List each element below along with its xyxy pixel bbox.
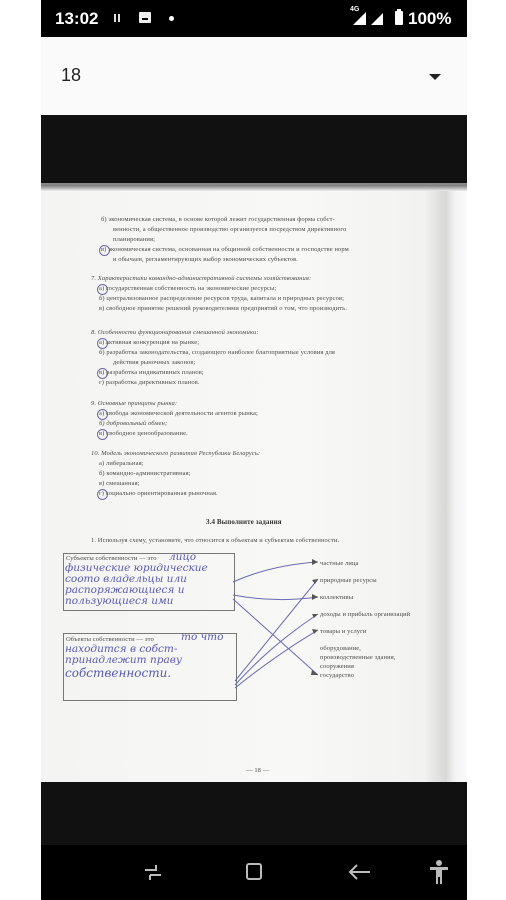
notification-dot-icon [169, 16, 174, 21]
battery-icon [395, 11, 403, 25]
viewer-toolbar: 18 [41, 37, 467, 115]
signal-icon [371, 13, 383, 25]
document-page[interactable]: б) экономическая система, в основе котор… [41, 183, 467, 782]
page-number-footer: — 18 — [246, 767, 269, 774]
image-icon [139, 12, 151, 23]
pause-icon [114, 14, 121, 22]
signal-4g-icon [353, 12, 366, 25]
home-square-icon [239, 857, 269, 887]
recents-button[interactable] [138, 857, 168, 887]
home-button[interactable] [239, 857, 269, 887]
clock: 13:02 [55, 9, 98, 29]
recents-icon [138, 857, 168, 887]
system-navigation-bar [41, 845, 467, 900]
back-arrow-icon [345, 857, 375, 887]
accessibility-button[interactable] [424, 857, 454, 887]
status-bar: 13:02 4G 100% [41, 0, 467, 37]
phone-screen: 13:02 4G 100% 18 б) экономическая систем… [41, 0, 467, 900]
caret-down-icon [429, 74, 441, 80]
accessibility-icon [424, 857, 454, 887]
page-selector-dropdown[interactable]: 18 [41, 37, 467, 115]
connector-arrows [41, 185, 467, 782]
battery-percent: 100% [408, 9, 451, 29]
page-selector-value: 18 [61, 65, 81, 86]
back-button[interactable] [345, 857, 375, 887]
document-viewer[interactable]: б) экономическая система, в основе котор… [41, 115, 467, 782]
